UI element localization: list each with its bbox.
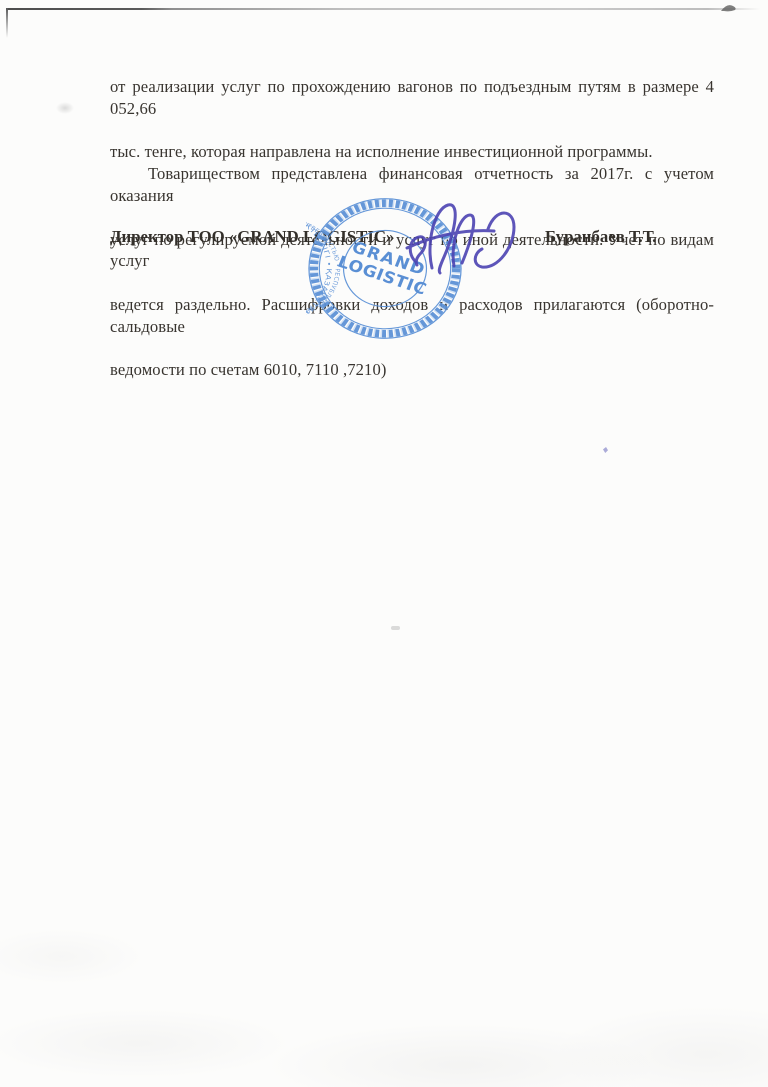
text-line: от реализации услуг по прохождению вагон… (110, 76, 714, 141)
handwritten-signature (400, 194, 524, 292)
scan-speck (391, 626, 400, 630)
director-name-label: Буранбаев Т.Т. (545, 227, 656, 247)
text-line: тыс. тенге, которая направлена на исполн… (110, 141, 714, 163)
scanned-document-page: от реализации услуг по прохождению вагон… (0, 0, 768, 1087)
scan-smudge (56, 102, 74, 114)
scan-artifact-curl (720, 1, 740, 13)
text-line: ведомости по счетам 6010, 7110 ,7210) (110, 359, 714, 381)
ink-speck (603, 447, 608, 453)
scan-edge-left-tick (6, 8, 8, 38)
scan-edge-top-line (6, 8, 760, 10)
